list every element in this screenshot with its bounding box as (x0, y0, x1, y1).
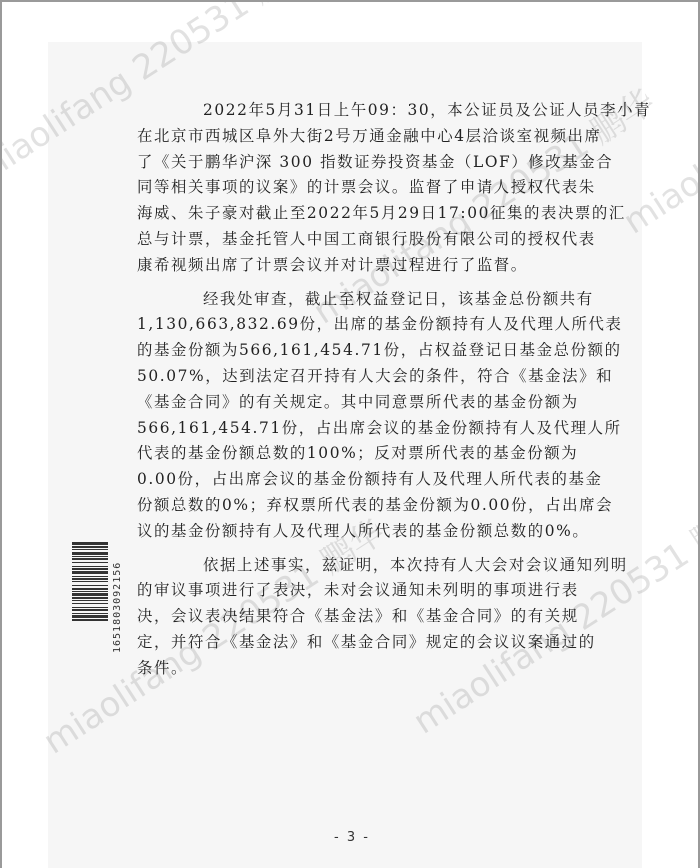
text-line: 同等相关事项的议案》的计票会议。监督了申请人授权代表朱 (137, 175, 610, 201)
paragraph-notarization: 2022年5月31日上午09：30，本公证员及公证人员李小青 在北京市西城区阜外… (170, 98, 610, 279)
text-line: 了《关于鹏华沪深 300 指数证券投资基金（LOF）修改基金合 (137, 150, 610, 176)
text-line: 份额总数的0%；弃权票所代表的基金份额为0.00份，占出席会 (137, 493, 610, 519)
barcode (72, 542, 108, 672)
text-line: 2022年5月31日上午09：30，本公证员及公证人员李小青 (170, 98, 610, 124)
text-line: 的审议事项进行了表决，未对会议通知未列明的事项进行表 (137, 578, 610, 604)
text-line: 康希视频出席了计票会议并对计票过程进行了监督。 (137, 253, 610, 279)
text-line: 决，会议表决结果符合《基金法》和《基金合同》的有关规 (137, 604, 610, 630)
text-line: 代表的基金份额总数的100%；反对票所代表的基金份额为 (137, 441, 610, 467)
text-line: 海威、朱子豪对截止至2022年5月29日17:00征集的表决票的汇 (137, 201, 610, 227)
text-line: 0.00份，占出席会议的基金份额持有人及代理人所代表的基金 (137, 467, 610, 493)
document-body: 2022年5月31日上午09：30，本公证员及公证人员李小青 在北京市西城区阜外… (170, 98, 610, 682)
text-line: 1,130,663,832.69份，出席的基金份额持有人及代理人所代表 (137, 312, 610, 338)
text-line: 《基金合同》的有关规定。其中同意票所代表的基金份额为 (137, 390, 610, 416)
text-line: 议的基金份额持有人及代理人所代表的基金份额总数的0%。 (137, 519, 610, 545)
text-line: 依据上述事实，兹证明，本次持有人大会对会议通知列明 (170, 553, 610, 579)
text-line: 经我处审查，截止至权益登记日，该基金总份额共有 (170, 287, 610, 313)
text-line: 总与计票，基金托管人中国工商银行股份有限公司的授权代表 (137, 227, 610, 253)
text-line: 50.07%，达到法定召开持有人大会的条件，符合《基金法》和 (137, 364, 610, 390)
text-line: 566,161,454.71份，占出席会议的基金份额持有人及代理人所 (137, 416, 610, 442)
page-number: - 3 - (2, 830, 700, 845)
paragraph-review: 经我处审查，截止至权益登记日，该基金总份额共有 1,130,663,832.69… (170, 287, 610, 545)
text-line: 定，并符合《基金法》和《基金合同》规定的会议议案通过的 (137, 630, 610, 656)
paragraph-conclusion: 依据上述事实，兹证明，本次持有人大会对会议通知列明 的审议事项进行了表决，未对会… (170, 553, 610, 682)
barcode-number: 1651803092156 (112, 542, 126, 672)
text-line: 条件。 (137, 656, 610, 682)
document-page: miaolifang 220531 鹏华 miaolifang 220531 鹏… (0, 0, 700, 868)
text-line: 的基金份额为566,161,454.71份，占权益登记日基金总份额的 (137, 338, 610, 364)
text-line: 在北京市西城区阜外大街2号万通金融中心4层洽谈室视频出席 (137, 124, 610, 150)
